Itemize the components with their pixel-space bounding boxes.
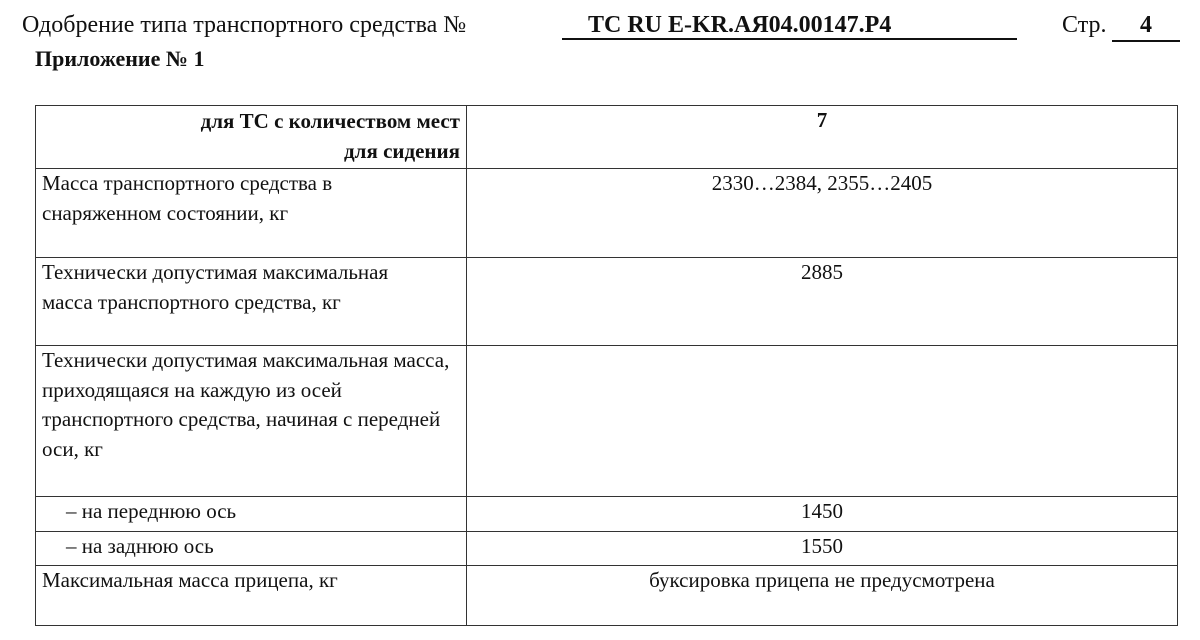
header-label-line1: для ТС с количеством мест xyxy=(42,107,460,137)
row-label: – на переднюю ось xyxy=(36,497,467,532)
table-row: – на переднюю ось 1450 xyxy=(36,497,1178,532)
row-value: 1550 xyxy=(467,532,1178,566)
table-row: Технически допустимая максимальная масса… xyxy=(36,258,1178,346)
specifications-table: для ТС с количеством мест для сидения 7 … xyxy=(35,105,1178,626)
row-value: 2885 xyxy=(467,258,1178,346)
header-label-cell: для ТС с количеством мест для сидения xyxy=(36,106,467,169)
row-label: Технически допустимая максимальная масса… xyxy=(36,258,467,346)
header-label-line2: для сидения xyxy=(42,137,460,167)
approval-number: ТС RU E-KR.АЯ04.00147.Р4 xyxy=(562,12,1017,40)
table-header-row: для ТС с количеством мест для сидения 7 xyxy=(36,106,1178,169)
row-value: 1450 xyxy=(467,497,1178,532)
appendix-title: Приложение № 1 xyxy=(35,46,204,72)
table-row: Технически допустимая максимальная масса… xyxy=(36,346,1178,497)
table-row: Масса транспортного средства в снаряженн… xyxy=(36,169,1178,258)
row-label: – на заднюю ось xyxy=(36,532,467,566)
document-header: Одобрение типа транспортного средства № … xyxy=(22,12,1192,46)
row-label: Максимальная масса прицепа, кг xyxy=(36,566,467,626)
header-value-cell: 7 xyxy=(467,106,1178,169)
table-row: Максимальная масса прицепа, кг буксировк… xyxy=(36,566,1178,626)
page-label: Стр. xyxy=(1062,12,1106,39)
page-number: 4 xyxy=(1112,12,1180,42)
header-title: Одобрение типа транспортного средства № xyxy=(22,12,466,39)
row-value xyxy=(467,346,1178,497)
row-value: буксировка прицепа не предусмотрена xyxy=(467,566,1178,626)
row-value: 2330…2384, 2355…2405 xyxy=(467,169,1178,258)
row-label: Технически допустимая максимальная масса… xyxy=(36,346,467,497)
row-label: Масса транспортного средства в снаряженн… xyxy=(36,169,467,258)
table-row: – на заднюю ось 1550 xyxy=(36,532,1178,566)
